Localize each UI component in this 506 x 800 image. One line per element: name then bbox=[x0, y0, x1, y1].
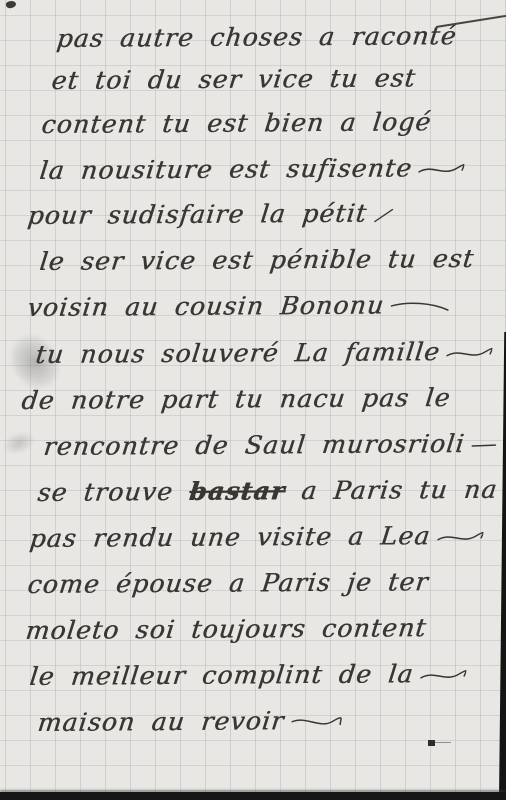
line-text: et toi du ser vice tu est bbox=[50, 63, 418, 95]
handwritten-line: maison au revoir bbox=[36, 706, 344, 737]
pen-flourish-icon bbox=[445, 345, 493, 361]
line-text: le meilleur complint de la bbox=[28, 659, 415, 691]
line-text: voisin au cousin Bononu bbox=[26, 291, 386, 322]
handwritten-line: de notre part tu nacu pas le bbox=[20, 383, 452, 415]
pen-flourish-icon bbox=[419, 667, 467, 683]
line-text: la nousiture est sufisente bbox=[38, 153, 414, 185]
pen-flourish-icon bbox=[289, 713, 343, 731]
pen-flourish-icon bbox=[435, 529, 483, 545]
pen-flourish-icon bbox=[470, 440, 497, 450]
scan-edge-bottom bbox=[0, 792, 506, 800]
handwritten-line: pas rendu une visite a Lea bbox=[28, 521, 484, 553]
line-text: come épouse a Paris je ter bbox=[26, 567, 430, 599]
handwritten-line: le meilleur complint de la bbox=[28, 659, 467, 691]
struck-word: bastar bbox=[188, 476, 287, 506]
ink-smudge bbox=[0, 427, 39, 459]
line-text: pas autre choses a raconté bbox=[55, 21, 459, 53]
pen-flourish-icon bbox=[372, 206, 396, 224]
line-text: maison au revoir bbox=[36, 706, 286, 737]
pen-flourish-icon bbox=[389, 299, 451, 315]
handwritten-line: moleto soi toujours content bbox=[24, 613, 428, 645]
line-text: le ser vice est pénible tu est bbox=[38, 244, 476, 276]
handwritten-line: le ser vice est pénible tu est bbox=[38, 244, 476, 276]
handwritten-line: pour sudisfaire la pétit bbox=[26, 198, 397, 230]
line-text: pas rendu une visite a Lea bbox=[28, 521, 432, 553]
line-text: content tu est bien a logé bbox=[40, 107, 433, 139]
line-text: a Paris tu na bbox=[284, 475, 500, 505]
handwritten-line: et toi du ser vice tu est bbox=[50, 63, 418, 95]
scan-edge-right bbox=[499, 332, 506, 800]
pencil-dot-mark bbox=[428, 740, 435, 746]
line-text: se trouve bbox=[36, 477, 191, 507]
handwritten-line: pas autre choses a raconté bbox=[55, 21, 459, 53]
handwritten-line: rencontre de Saul murosrioli bbox=[42, 429, 499, 461]
handwritten-line: la nousiture est sufisente bbox=[38, 153, 466, 185]
line-text: pour sudisfaire la pétit bbox=[26, 199, 369, 230]
handwritten-line: come épouse a Paris je ter bbox=[26, 567, 430, 599]
scan-mark-topleft bbox=[5, 0, 16, 9]
line-text: rencontre de Saul murosrioli bbox=[42, 429, 467, 461]
line-text: de notre part tu nacu pas le bbox=[20, 383, 452, 415]
handwritten-line: voisin au cousin Bononu bbox=[26, 290, 452, 322]
handwritten-line: tu nous soluveré La famille bbox=[34, 337, 494, 369]
letter-page: pas autre choses a raconté et toi du ser… bbox=[0, 0, 506, 800]
line-text: tu nous soluveré La famille bbox=[34, 337, 442, 369]
handwritten-line: se trouve bastar a Paris tu na bbox=[36, 475, 499, 507]
handwritten-line: content tu est bien a logé bbox=[40, 107, 433, 139]
line-text: moleto soi toujours content bbox=[24, 613, 428, 645]
pen-flourish-icon bbox=[417, 162, 465, 178]
